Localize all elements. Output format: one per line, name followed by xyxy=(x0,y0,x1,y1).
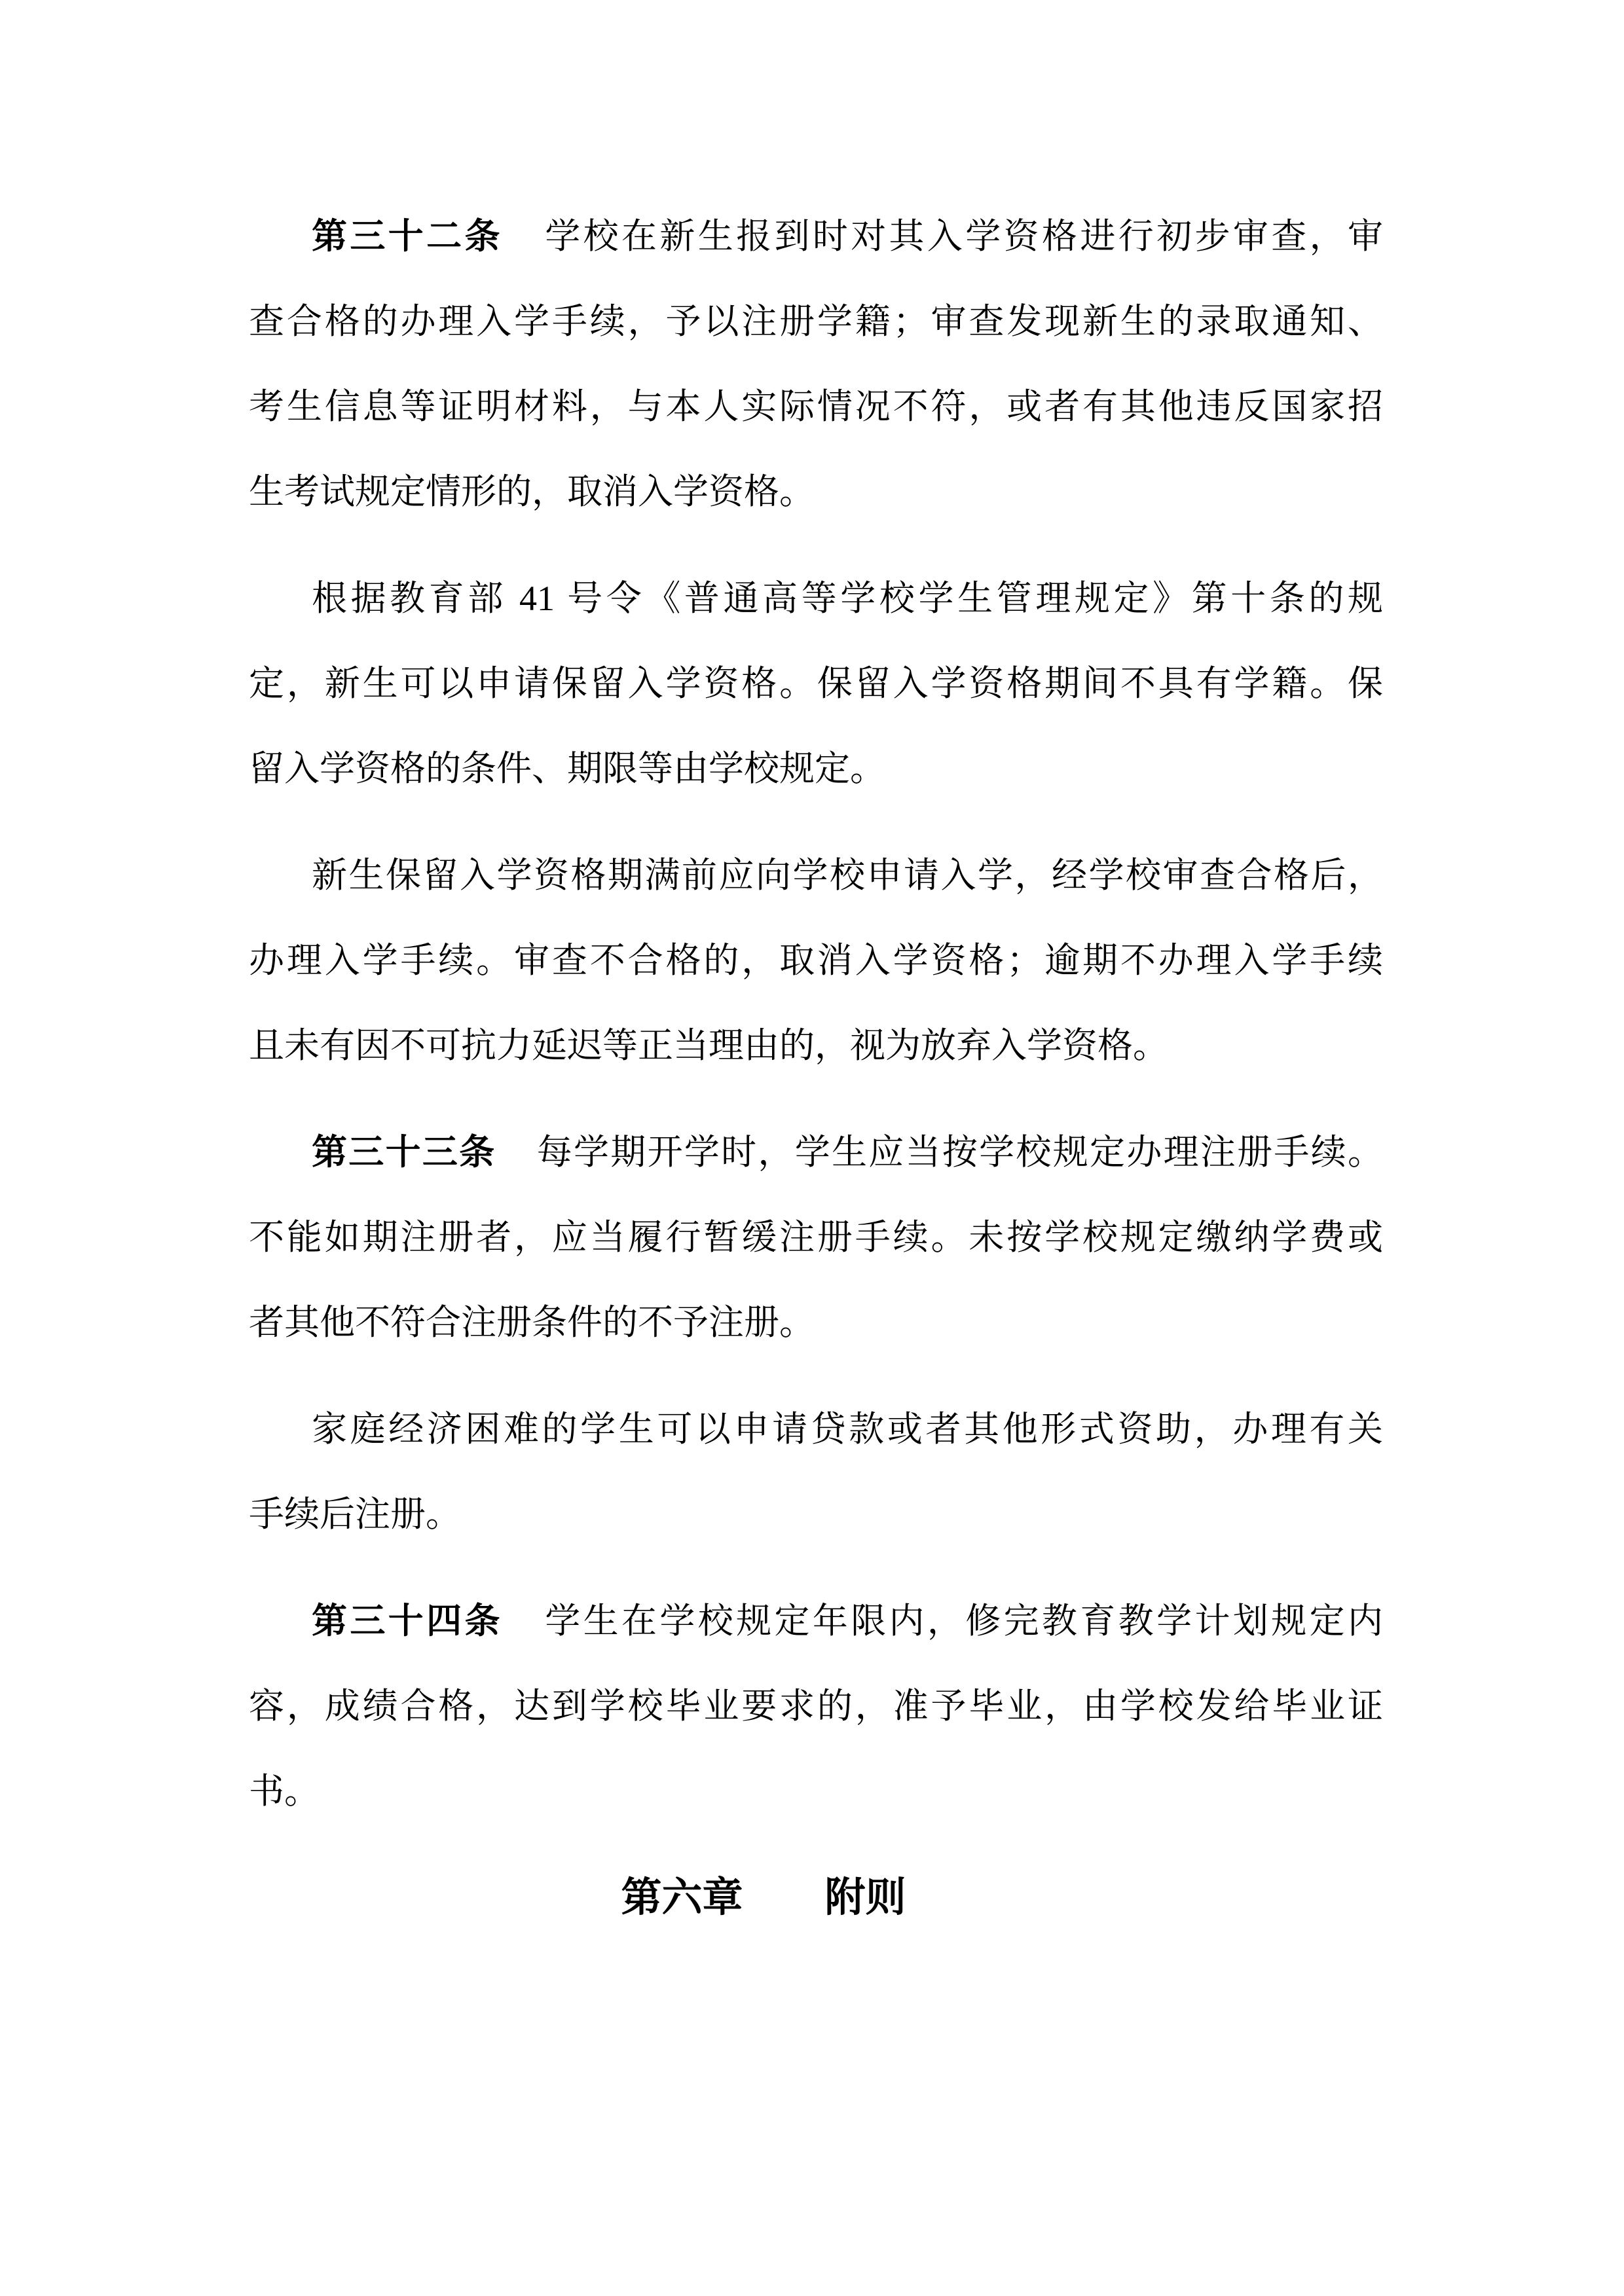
paragraph: 第三十四条学生在学校规定年限内，修完教育教学计划规定内容，成绩合格，达到学校毕业… xyxy=(249,1578,1383,1834)
article-number: 第三十四条 xyxy=(312,1601,503,1641)
paragraph-line: 不能如期注册者，应当履行暂缓注册手续。未按学校规定缴纳学费或 xyxy=(249,1195,1383,1280)
paragraph-line: 者其他不符合注册条件的不予注册。 xyxy=(249,1280,1383,1365)
paragraph: 第三十二条学校在新生报到时对其入学资格进行初步审查，审查合格的办理入学手续，予以… xyxy=(249,194,1383,534)
paragraph-line: 容，成绩合格，达到学校毕业要求的，准予毕业，由学校发给毕业证 xyxy=(249,1664,1383,1749)
paragraph: 新生保留入学资格期满前应向学校申请入学，经学校审查合格后，办理入学手续。审查不合… xyxy=(249,833,1383,1088)
paragraph-line: 查合格的办理入学手续，予以注册学籍；审查发现新生的录取通知、 xyxy=(249,279,1383,364)
paragraph-line: 且未有因不可抗力延迟等正当理由的，视为放弃入学资格。 xyxy=(249,1003,1383,1088)
paragraph-line: 第三十三条每学期开学时，学生应当按学校规定办理注册手续。 xyxy=(249,1110,1383,1195)
chapter-title: 附则 xyxy=(825,1875,906,1920)
document-page: 第三十二条学校在新生报到时对其入学资格进行初步审查，审查合格的办理入学手续，予以… xyxy=(0,0,1624,2296)
paragraph-line: 定，新生可以申请保留入学资格。保留入学资格期间不具有学籍。保 xyxy=(249,641,1383,726)
paragraph-line: 新生保留入学资格期满前应向学校申请入学，经学校审查合格后， xyxy=(249,833,1383,918)
paragraph: 第三十三条每学期开学时，学生应当按学校规定办理注册手续。不能如期注册者，应当履行… xyxy=(249,1110,1383,1365)
paragraph-line: 家庭经济困难的学生可以申请贷款或者其他形式资助，办理有关 xyxy=(249,1387,1383,1472)
paragraph-line: 第三十二条学校在新生报到时对其入学资格进行初步审查，审 xyxy=(249,194,1383,279)
chapter-heading: 第六章附则 xyxy=(196,1855,1331,1941)
article-number: 第三十二条 xyxy=(312,217,503,256)
paragraph-line: 办理入学手续。审查不合格的，取消入学资格；逾期不办理入学手续 xyxy=(249,918,1383,1003)
paragraph-line: 根据教育部 41 号令《普通高等学校学生管理规定》第十条的规 xyxy=(249,556,1383,641)
paragraph-line: 第三十四条学生在学校规定年限内，修完教育教学计划规定内 xyxy=(249,1578,1383,1664)
paragraph-line: 生考试规定情形的，取消入学资格。 xyxy=(249,449,1383,534)
paragraph-line: 考生信息等证明材料，与本人实际情况不符，或者有其他违反国家招 xyxy=(249,364,1383,449)
document-body: 第三十二条学校在新生报到时对其入学资格进行初步审查，审查合格的办理入学手续，予以… xyxy=(249,194,1383,1834)
paragraph-line: 手续后注册。 xyxy=(249,1472,1383,1557)
paragraph: 家庭经济困难的学生可以申请贷款或者其他形式资助，办理有关手续后注册。 xyxy=(249,1387,1383,1557)
paragraph: 根据教育部 41 号令《普通高等学校学生管理规定》第十条的规定，新生可以申请保留… xyxy=(249,556,1383,811)
chapter-number: 第六章 xyxy=(621,1875,743,1920)
paragraph-line: 留入学资格的条件、期限等由学校规定。 xyxy=(249,726,1383,811)
article-number: 第三十三条 xyxy=(312,1133,496,1172)
paragraph-line: 书。 xyxy=(249,1749,1383,1834)
